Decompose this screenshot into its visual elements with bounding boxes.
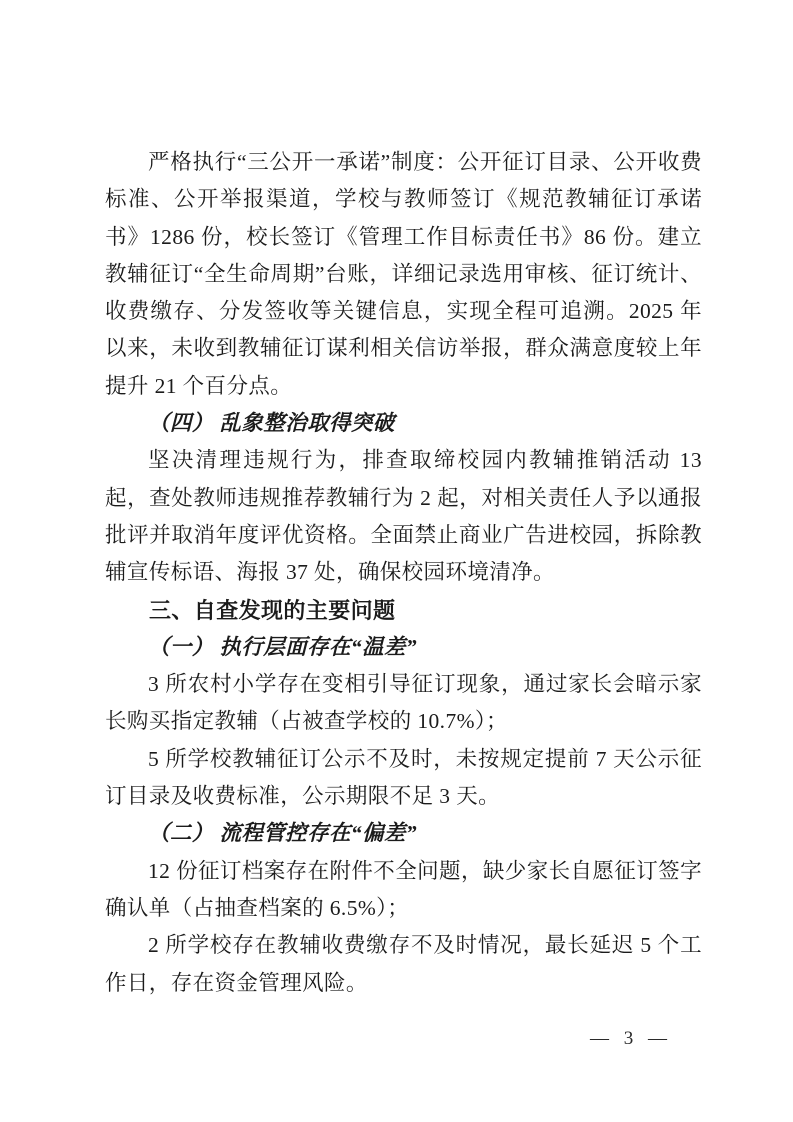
document-body: 严格执行“三公开一承诺”制度：公开征订目录、公开收费标准、公开举报渠道，学校与教… — [105, 144, 702, 1002]
subsection-heading-4-chaos-rectification: （四） 乱象整治取得突破 — [105, 405, 702, 442]
section-heading-3-main-problems: 三、自查发现的主要问题 — [105, 592, 702, 629]
document-page: 严格执行“三公开一承诺”制度：公开征订目录、公开收费标准、公开举报渠道，学校与教… — [0, 0, 793, 1122]
paragraph-archive-incomplete-issue: 12 份征订档案存在附件不全问题，缺少家长自愿征订签字确认单（占抽查档案的 6.… — [105, 853, 702, 928]
paragraph-rural-schools-issue: 3 所农村小学存在变相引导征订现象，通过家长会暗示家长购买指定教辅（占被查学校的… — [105, 666, 702, 741]
page-number: — 3 — — [590, 1028, 668, 1050]
paragraph-violation-cleanup: 坚决清理违规行为，排查取缔校园内教辅推销活动 13 起，查处教师违规推荐教辅行为… — [105, 442, 702, 591]
subsection-heading-1-execution-gap: （一） 执行层面存在“温差” — [105, 629, 702, 666]
paragraph-fee-deposit-delay-issue: 2 所学校存在教辅收费缴存不及时情况，最长延迟 5 个工作日，存在资金管理风险。 — [105, 927, 702, 1002]
paragraph-self-check-publicity: 严格执行“三公开一承诺”制度：公开征订目录、公开收费标准、公开举报渠道，学校与教… — [105, 144, 702, 405]
subsection-heading-2-process-deviation: （二） 流程管控存在“偏差” — [105, 815, 702, 852]
paragraph-publicity-delay-issue: 5 所学校教辅征订公示不及时，未按规定提前 7 天公示征订目录及收费标准，公示期… — [105, 741, 702, 816]
